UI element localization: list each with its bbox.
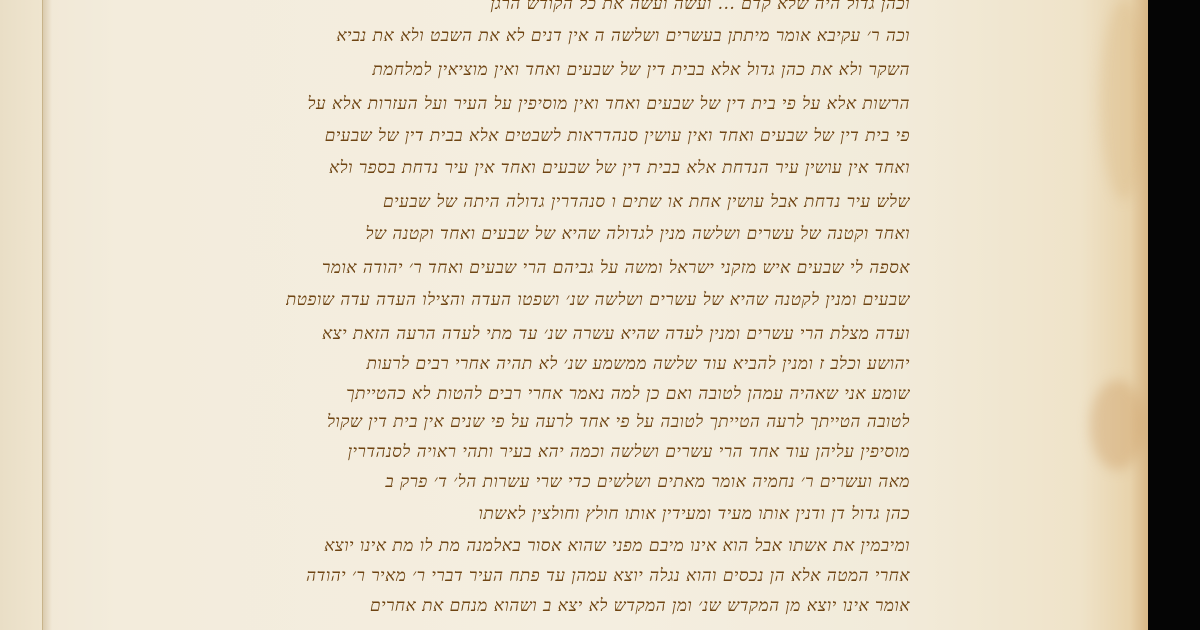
manuscript-text-block: וכהן גדול היה שלא קדם ... ועשה ועשה את כ… [140,0,910,630]
text-line: מוסיפין עליהן עוד אחד הרי עשרים ושלשה וכ… [348,438,910,466]
text-line: שבעים ומנין לקטנה שהיא של עשרים ושלשה שנ… [286,286,910,314]
manuscript-page: וכהן גדול היה שלא קדם ... ועשה ועשה את כ… [0,0,1148,630]
edge-discoloration [1100,0,1148,200]
text-line: אספה לי שבעים איש מזקני ישראל ומשה על גב… [322,254,910,282]
text-line: ומיבמין את אשתו אבל הוא אינו מיבם מפני ש… [324,532,910,560]
text-line: לטובה הטייתך לרעה הטייתך לטובה על פי אחד… [327,408,910,436]
text-line: ועדה מצלת הרי עשרים ומנין לעדה שהיא עשרה… [322,320,910,348]
text-line: אחרי המטה אלא הן נכסים והוא נגלה יוצא עמ… [306,562,910,590]
scan-background [1148,0,1200,630]
text-line: וכהן גדול היה שלא קדם ... ועשה ועשה את כ… [490,0,910,18]
text-line: ואחד וקטנה של עשרים ושלשה מנין לגדולה שה… [366,220,910,248]
text-line: השקר ולא את כהן גדול אלא בבית דין של שבע… [372,56,910,84]
binding-gutter [42,0,52,630]
facing-page-edge [0,0,43,630]
text-line: ואחד אין עושין עיר הנדחת אלא בבית דין של… [329,154,910,182]
text-line: שומע אני שאהיה עמהן לטובה ואם כן למה נאמ… [346,380,910,408]
text-line: אומר אינו יוצא מן המקדש שנ׳ ומן המקדש לא… [370,592,910,620]
text-line: שלש עיר נדחת אבל עושין אחת או שתים ו סנה… [383,188,910,216]
text-line: כהן גדול דן ודנין אותו מעיד ומעידין אותו… [479,500,910,528]
text-line: הרשות אלא על פי בית דין של שבעים ואחד וא… [308,90,911,118]
text-line: יהושע וכלב ז ומנין להביא עוד שלשה ממשמע … [366,350,910,378]
text-line: מאה ועשרים ר׳ נחמיה אומר מאתים ושלשים כד… [385,468,910,496]
text-line: וכה ר׳ עקיבא אומר מיתתן בעשרים ושלשה ה א… [336,22,910,50]
water-stain [1090,380,1145,470]
text-line: פי בית דין של שבעים ואחד ואין עושין סנהד… [325,122,910,150]
